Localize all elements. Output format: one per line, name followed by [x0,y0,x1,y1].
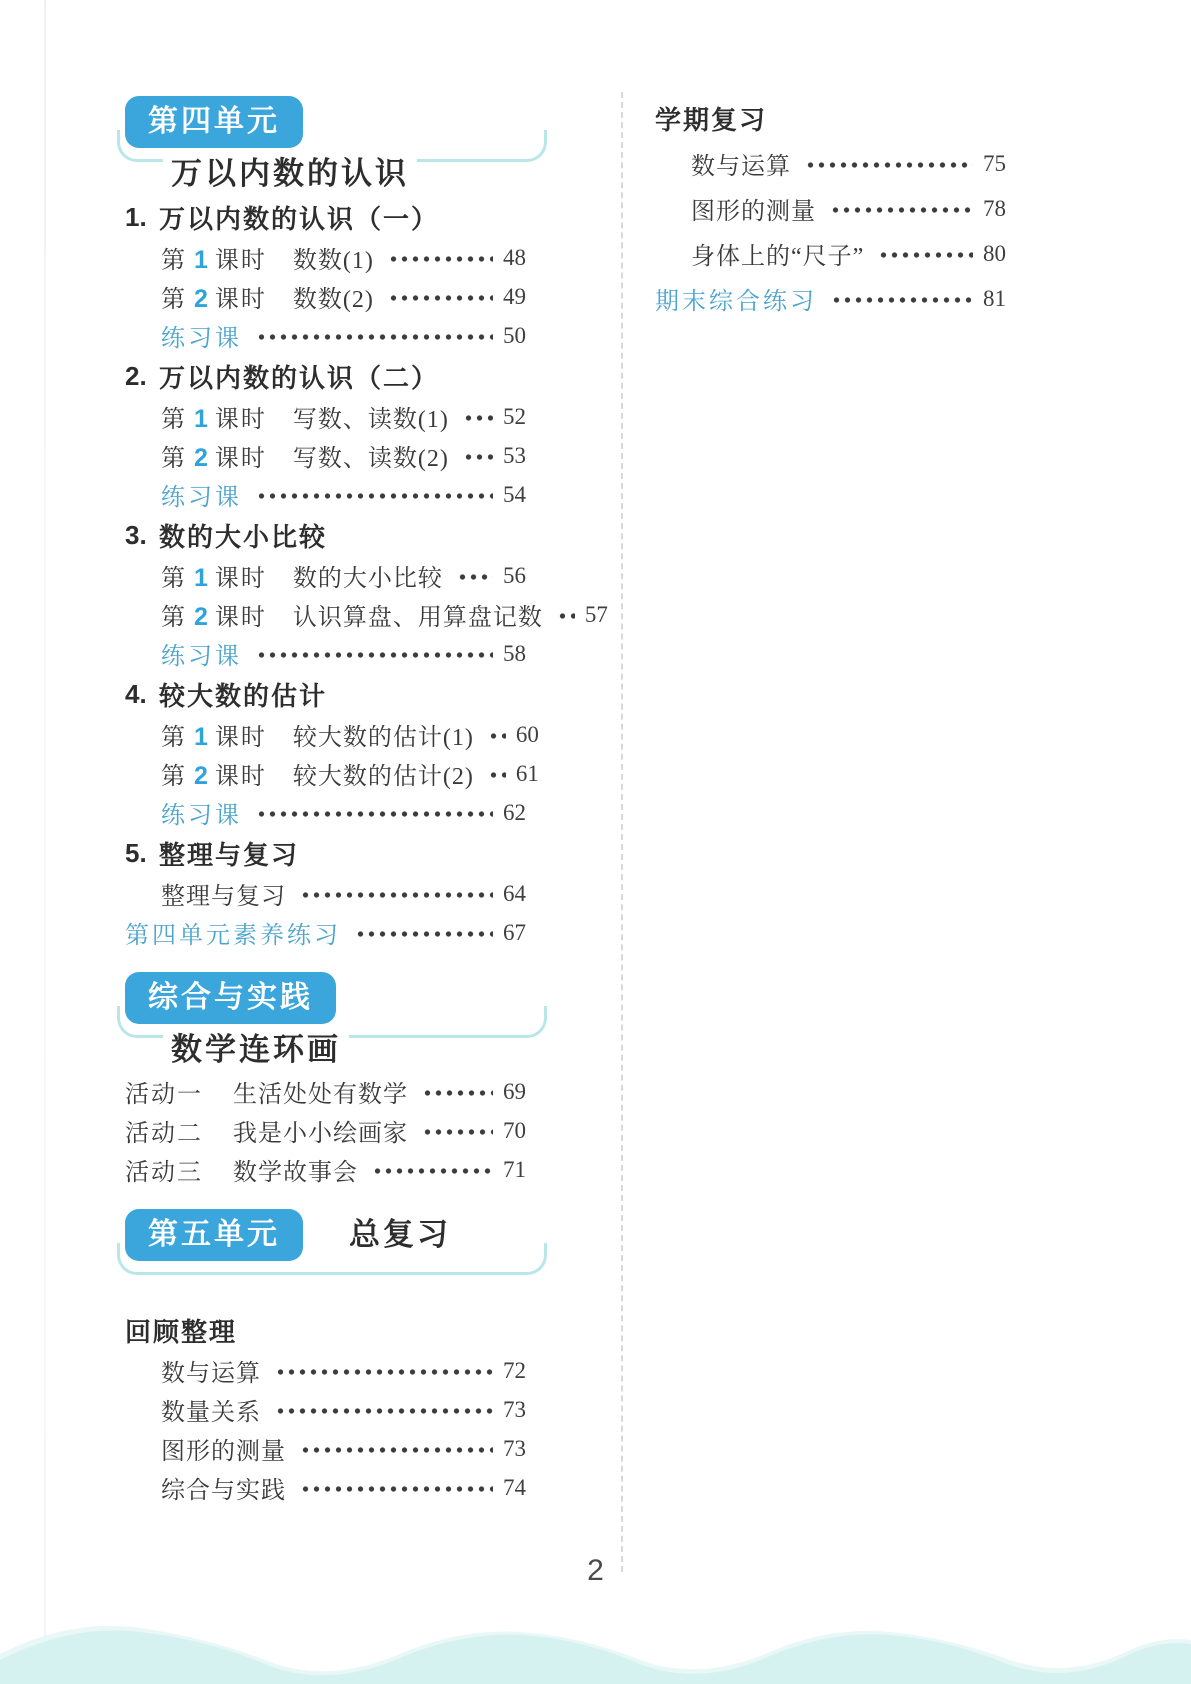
dot-leader [388,246,493,272]
toc-entry: 整理与复习64 [125,874,547,913]
toc-entry: 第四单元素养练习67 [125,913,547,952]
lesson-number: 2 [194,285,208,313]
toc-entry: 活动二我是小小绘画家70 [125,1111,547,1150]
lesson-prefix: 第 [161,764,187,790]
unit-header: 第四单元万以内数的认识 [125,96,547,170]
dot-leader [878,242,973,268]
lesson-suffix: 课时 [215,287,267,313]
toc-entry: 练习课54 [125,475,547,514]
lesson-prefix: 第 [161,605,187,631]
section-heading: 3.数的大小比较 [125,514,547,556]
section-title: 整理与复习 [159,835,299,872]
toc-entry: 练习课58 [125,634,547,673]
toc-entry: 数与运算72 [125,1351,547,1390]
page-number: 52 [503,404,547,430]
lesson-suffix: 课时 [215,407,267,433]
page-number: 57 [585,602,629,628]
lesson-number: 2 [194,603,208,631]
lesson-title: 数数(1) [293,240,374,275]
dot-leader [256,483,493,509]
toc-entry: 第1课时写数、读数(1)52 [125,397,547,436]
lesson-prefix: 第 [161,725,187,751]
lesson-number: 1 [194,564,208,592]
practice-label: 练习课 [161,477,242,512]
lesson-label: 第2课时 [161,279,267,314]
lesson-prefix: 第 [161,287,187,313]
section-title: 万以内数的认识（一） [159,199,439,236]
dot-leader [256,801,493,827]
dot-leader [256,324,493,350]
activity-label: 活动一 [125,1074,203,1109]
lesson-label: 第1课时 [161,399,267,434]
page-number: 74 [503,1475,547,1501]
practice-label: 第四单元素养练习 [125,915,341,950]
entry-label: 数量关系 [161,1392,261,1427]
page-number: 60 [516,722,560,748]
dot-leader [831,287,973,313]
lesson-label: 第2课时 [161,438,267,473]
lesson-title: 数的大小比较 [293,558,443,593]
toc-entry: 活动一生活处处有数学69 [125,1072,547,1111]
page-scan-edge [44,0,46,1684]
toc-entry: 数与运算75 [655,141,1027,186]
lesson-title: 认识算盘、用算盘记数 [293,597,543,632]
section-number: 3. [125,520,159,551]
page-number: 49 [503,284,547,310]
entry-label: 数与运算 [691,146,791,181]
page-number: 78 [983,196,1027,222]
entry-label: 整理与复习 [161,876,286,911]
section-heading: 4.较大数的估计 [125,673,547,715]
page-number: 73 [503,1397,547,1423]
entry-label: 图形的测量 [691,191,816,226]
page-number: 48 [503,245,547,271]
page-number: 81 [983,286,1027,312]
toc-entry: 练习课62 [125,793,547,832]
toc-entry: 第2课时较大数的估计(2)61 [125,754,547,793]
page-number: 73 [503,1436,547,1462]
lesson-prefix: 第 [161,446,187,472]
dot-leader [275,1359,493,1385]
section-heading: 2.万以内数的认识（二） [125,355,547,397]
activity-title: 数学故事会 [233,1152,358,1187]
dot-leader [300,1437,493,1463]
page-number: 64 [503,881,547,907]
lesson-suffix: 课时 [215,566,267,592]
page-number: 50 [503,323,547,349]
footer-wave-decoration [0,1588,1191,1684]
toc-right-column: 学期复习数与运算75图形的测量78身体上的“尺子”80期末综合练习81 [655,96,1027,321]
practice-label: 练习课 [161,318,242,353]
lesson-number: 2 [194,444,208,472]
lesson-title: 较大数的估计(2) [293,756,474,791]
toc-entry: 第2课时认识算盘、用算盘记数57 [125,595,547,634]
toc-entry: 第1课时数数(1)48 [125,238,547,277]
lesson-prefix: 第 [161,566,187,592]
section-number: 1. [125,202,159,233]
dot-leader [275,1398,493,1424]
lesson-suffix: 课时 [215,764,267,790]
dot-leader [463,444,493,470]
entry-label: 数与运算 [161,1353,261,1388]
lesson-label: 第2课时 [161,756,267,791]
lesson-title: 写数、读数(2) [293,438,449,473]
toc-entry: 身体上的“尺子”80 [655,231,1027,276]
toc-left-column: 第四单元万以内数的认识1.万以内数的认识（一）第1课时数数(1)48第2课时数数… [125,96,547,1507]
section-title: 万以内数的认识（二） [159,358,439,395]
dot-leader [830,197,973,223]
dot-leader [488,762,506,788]
group-title: 学期复习 [655,100,767,137]
lesson-prefix: 第 [161,407,187,433]
page-number: 54 [503,482,547,508]
section-number: 4. [125,679,159,710]
section-title: 较大数的估计 [159,676,327,713]
lesson-label: 第1课时 [161,558,267,593]
toc-entry: 第1课时数的大小比较56 [125,556,547,595]
unit-header: 第五单元总复习 [125,1209,547,1283]
toc-entry: 第2课时数数(2)49 [125,277,547,316]
entry-label: 综合与实践 [161,1470,286,1505]
dot-leader [422,1119,493,1145]
dot-leader [463,405,493,431]
page-number: 53 [503,443,547,469]
page-number: 58 [503,641,547,667]
entry-label: 身体上的“尺子” [691,236,864,271]
section-heading: 1.万以内数的认识（一） [125,196,547,238]
unit-badge: 第四单元 [125,96,303,148]
dot-leader [355,921,493,947]
page-number: 61 [516,761,560,787]
lesson-number: 1 [194,246,208,274]
group-heading: 回顾整理 [125,1309,547,1351]
lesson-prefix: 第 [161,248,187,274]
unit-title: 数学连环画 [163,1024,349,1076]
lesson-number: 1 [194,405,208,433]
dot-leader [388,285,493,311]
page-number: 56 [503,563,547,589]
dot-leader [805,152,973,178]
footer-page-number: 2 [0,1554,1191,1588]
page-number: 69 [503,1079,547,1105]
lesson-suffix: 课时 [215,725,267,751]
toc-entry: 综合与实践74 [125,1468,547,1507]
section-title: 数的大小比较 [159,517,327,554]
section-number: 5. [125,838,159,869]
practice-label: 练习课 [161,636,242,671]
toc-entry: 第2课时写数、读数(2)53 [125,436,547,475]
practice-label: 练习课 [161,795,242,830]
lesson-number: 2 [194,762,208,790]
dot-leader [256,642,493,668]
lesson-label: 第1课时 [161,240,267,275]
group-heading: 学期复习 [655,96,1027,141]
lesson-suffix: 课时 [215,446,267,472]
page-number: 67 [503,920,547,946]
lesson-title: 写数、读数(1) [293,399,449,434]
page-number: 70 [503,1118,547,1144]
lesson-suffix: 课时 [215,605,267,631]
toc-entry: 图形的测量78 [655,186,1027,231]
entry-label: 图形的测量 [161,1431,286,1466]
activity-title: 我是小小绘画家 [233,1113,408,1148]
lesson-suffix: 课时 [215,248,267,274]
activity-label: 活动二 [125,1113,203,1148]
dot-leader [488,723,506,749]
page-number: 80 [983,241,1027,267]
dot-leader [372,1158,493,1184]
dot-leader [300,1476,493,1502]
section-heading: 5.整理与复习 [125,832,547,874]
lesson-label: 第2课时 [161,597,267,632]
unit-header: 综合与实践数学连环画 [125,972,547,1046]
unit-badge: 综合与实践 [125,972,336,1024]
column-divider [621,92,623,1572]
unit-badge: 第五单元 [125,1209,303,1261]
practice-label: 期末综合练习 [655,281,817,316]
page-number: 72 [503,1358,547,1384]
group-title: 回顾整理 [125,1312,237,1349]
page-number: 71 [503,1157,547,1183]
lesson-title: 较大数的估计(1) [293,717,474,752]
dot-leader [457,564,493,590]
unit-title: 万以内数的认识 [163,148,417,200]
dot-leader [557,603,575,629]
dot-leader [422,1080,493,1106]
toc-entry: 第1课时较大数的估计(1)60 [125,715,547,754]
toc-entry: 数量关系73 [125,1390,547,1429]
lesson-number: 1 [194,723,208,751]
activity-title: 生活处处有数学 [233,1074,408,1109]
toc-entry: 图形的测量73 [125,1429,547,1468]
lesson-title: 数数(2) [293,279,374,314]
dot-leader [300,882,493,908]
section-number: 2. [125,361,159,392]
toc-entry: 练习课50 [125,316,547,355]
toc-entry: 活动三数学故事会71 [125,1150,547,1189]
toc-entry: 期末综合练习81 [655,276,1027,321]
page-number: 75 [983,151,1027,177]
page-number: 62 [503,800,547,826]
unit-title: 总复习 [341,1209,459,1261]
lesson-label: 第1课时 [161,717,267,752]
activity-label: 活动三 [125,1152,203,1187]
